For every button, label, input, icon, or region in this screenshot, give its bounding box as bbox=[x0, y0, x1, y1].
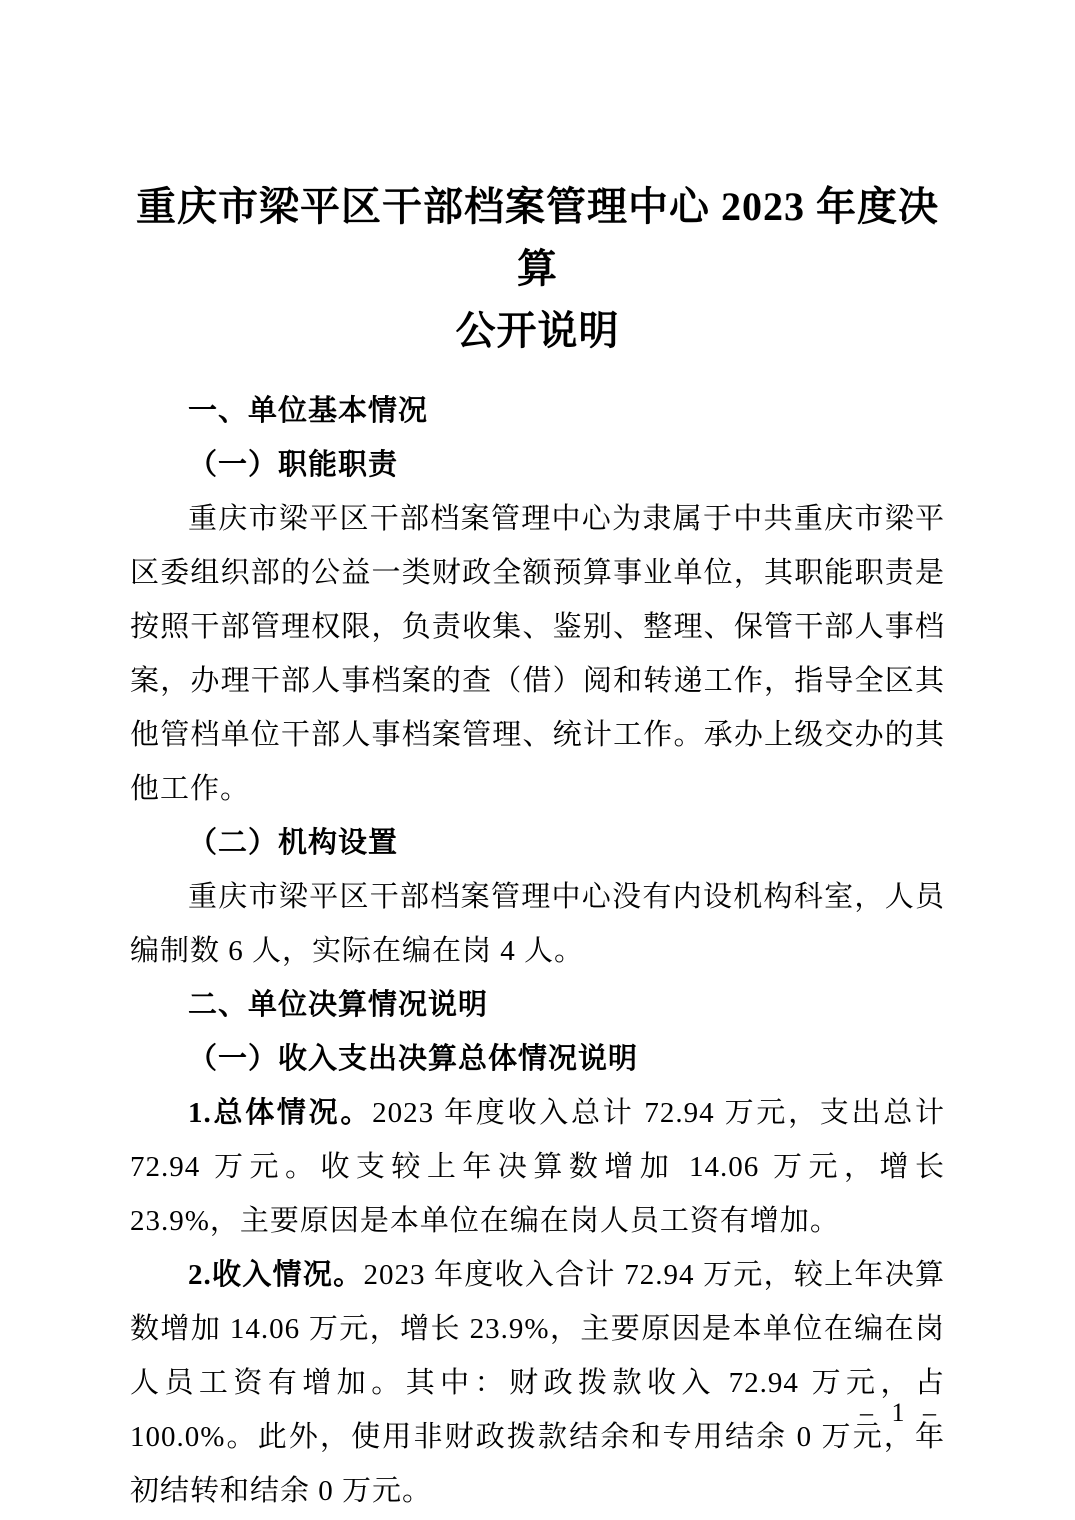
heading-final-accounts: 二、单位决算情况说明 bbox=[130, 978, 945, 1032]
page-title-line2: 公开说明 bbox=[456, 308, 620, 353]
paragraph-overall-lead: 1.总体情况。 bbox=[188, 1097, 372, 1129]
page-title: 重庆市梁平区干部档案管理中心 2023 年度决算 公开说明 bbox=[128, 0, 947, 362]
page-number: – 1 – bbox=[860, 1398, 942, 1428]
heading-org-setup: （二）机构设置 bbox=[130, 816, 945, 870]
heading-unit-basic-info: 一、单位基本情况 bbox=[130, 384, 945, 438]
page-title-line1: 重庆市梁平区干部档案管理中心 2023 年度决算 bbox=[136, 184, 939, 291]
paragraph-income-text: 2023 年度收入合计 72.94 万元，较上年决算数增加 14.06 万元，增… bbox=[130, 1259, 945, 1507]
paragraph-income-lead: 2.收入情况。 bbox=[188, 1259, 363, 1291]
paragraph-duties: 重庆市梁平区干部档案管理中心为隶属于中共重庆市梁平区委组织部的公益一类财政全额预… bbox=[130, 492, 945, 816]
paragraph-org-setup: 重庆市梁平区干部档案管理中心没有内设机构科室，人员编制数 6 人，实际在编在岗 … bbox=[130, 870, 945, 978]
paragraph-income-situation: 2.收入情况。2023 年度收入合计 72.94 万元，较上年决算数增加 14.… bbox=[130, 1248, 945, 1518]
heading-overall-statement: （一）收入支出决算总体情况说明 bbox=[130, 1032, 945, 1086]
paragraph-overall-situation: 1.总体情况。2023 年度收入总计 72.94 万元，支出总计 72.94 万… bbox=[130, 1086, 945, 1248]
document-body: 一、单位基本情况 （一）职能职责 重庆市梁平区干部档案管理中心为隶属于中共重庆市… bbox=[130, 384, 945, 1518]
document-page: 重庆市梁平区干部档案管理中心 2023 年度决算 公开说明 一、单位基本情况 （… bbox=[0, 0, 1075, 1520]
heading-duties: （一）职能职责 bbox=[130, 438, 945, 492]
